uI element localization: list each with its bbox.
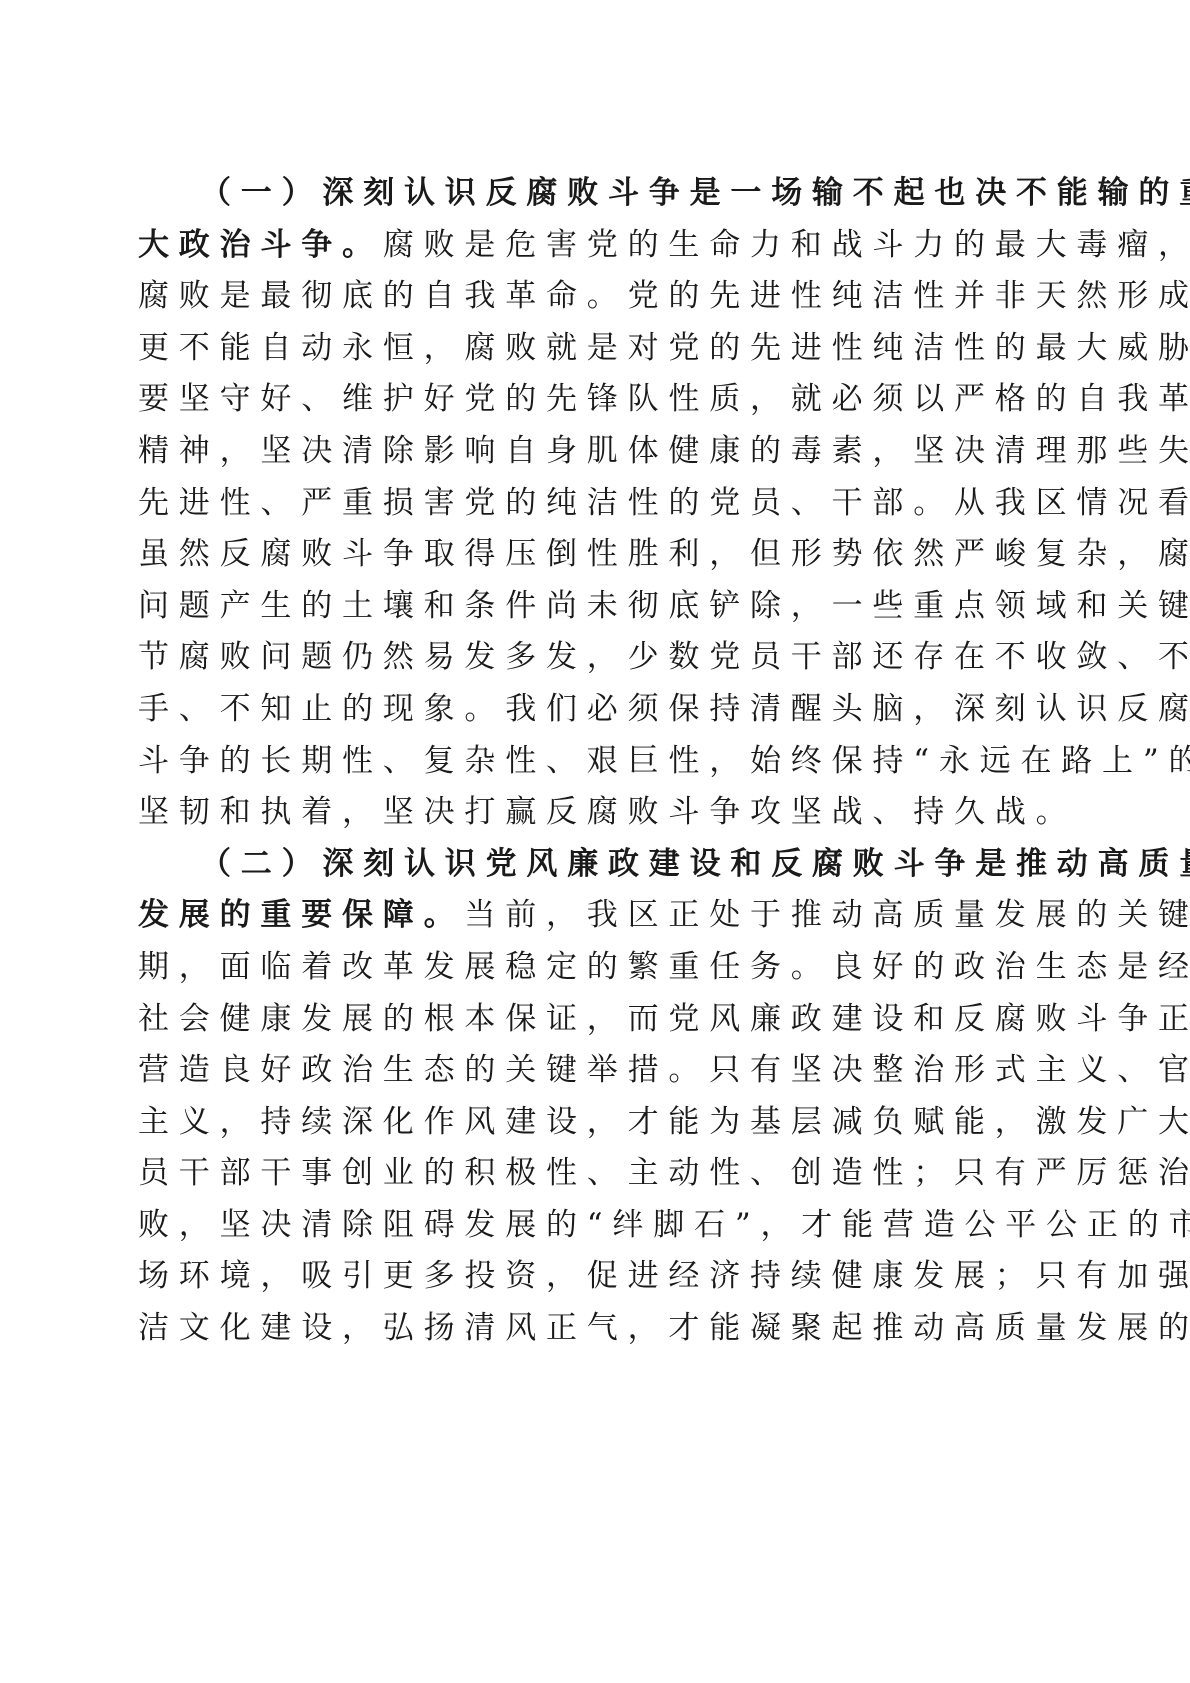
text-line: 斗争的长期性、复杂性、艰巨性，始终保持“永远在路上”的 xyxy=(138,736,964,788)
text-line: 场环境，吸引更多投资，促进经济持续健康发展；只有加强廉 xyxy=(138,1251,964,1303)
text-line: （一）深刻认识反腐败斗争是一场输不起也决不能输的重 xyxy=(138,168,964,220)
document-page: （一）深刻认识反腐败斗争是一场输不起也决不能输的重 大政治斗争。腐败是危害党的生… xyxy=(138,168,964,1355)
text-line: 要坚守好、维护好党的先锋队性质，就必须以严格的自我革命 xyxy=(138,374,964,426)
section-heading: （一）深刻认识反腐败斗争是一场输不起也决不能输的重 xyxy=(200,175,1190,211)
text-line: 精神，坚决清除影响自身肌体健康的毒素，坚决清理那些失去 xyxy=(138,426,964,478)
text-line: 虽然反腐败斗争取得压倒性胜利，但形势依然严峻复杂，腐败 xyxy=(138,529,964,581)
text-line: 大政治斗争。腐败是危害党的生命力和战斗力的最大毒瘤，反 xyxy=(138,220,964,272)
text-line: 更不能自动永恒，腐败就是对党的先进性纯洁性的最大威胁。 xyxy=(138,323,964,375)
text-line: 手、不知止的现象。我们必须保持清醒头脑，深刻认识反腐败 xyxy=(138,684,964,736)
body-text: 当前，我区正处于推动高质量发展的关键时 xyxy=(464,897,1190,933)
text-line: 节腐败问题仍然易发多发，少数党员干部还存在不收敛、不收 xyxy=(138,632,964,684)
paragraph-1: （一）深刻认识反腐败斗争是一场输不起也决不能输的重 大政治斗争。腐败是危害党的生… xyxy=(138,168,964,839)
text-line: 发展的重要保障。当前，我区正处于推动高质量发展的关键时 xyxy=(138,890,964,942)
text-line: 坚韧和执着，坚决打赢反腐败斗争攻坚战、持久战。 xyxy=(138,787,964,839)
section-heading-cont: 大政治斗争。 xyxy=(138,227,383,263)
text-line: 先进性、严重损害党的纯洁性的党员、干部。从我区情况看， xyxy=(138,478,964,530)
text-line: 问题产生的土壤和条件尚未彻底铲除，一些重点领域和关键环 xyxy=(138,581,964,633)
text-line: 败，坚决清除阻碍发展的“绊脚石”，才能营造公平公正的市 xyxy=(138,1200,964,1252)
text-line: 社会健康发展的根本保证，而党风廉政建设和反腐败斗争正是 xyxy=(138,994,964,1046)
section-heading-cont: 发展的重要保障。 xyxy=(138,897,464,933)
text-line: （二）深刻认识党风廉政建设和反腐败斗争是推动高质量 xyxy=(138,839,964,891)
text-line: 营造良好政治生态的关键举措。只有坚决整治形式主义、官僚 xyxy=(138,1045,964,1097)
text-line: 期，面临着改革发展稳定的繁重任务。良好的政治生态是经济 xyxy=(138,942,964,994)
section-heading: （二）深刻认识党风廉政建设和反腐败斗争是推动高质量 xyxy=(200,846,1190,882)
paragraph-2: （二）深刻认识党风廉政建设和反腐败斗争是推动高质量 发展的重要保障。当前，我区正… xyxy=(138,839,964,1355)
text-line: 腐败是最彻底的自我革命。党的先进性纯洁性并非天然形成， xyxy=(138,271,964,323)
text-line: 洁文化建设，弘扬清风正气，才能凝聚起推动高质量发展的强 xyxy=(138,1303,964,1355)
text-line: 主义，持续深化作风建设，才能为基层减负赋能，激发广大党 xyxy=(138,1097,964,1149)
text-line: 员干部干事创业的积极性、主动性、创造性；只有严厉惩治腐 xyxy=(138,1148,964,1200)
body-text: 腐败是危害党的生命力和战斗力的最大毒瘤，反 xyxy=(383,227,1190,263)
